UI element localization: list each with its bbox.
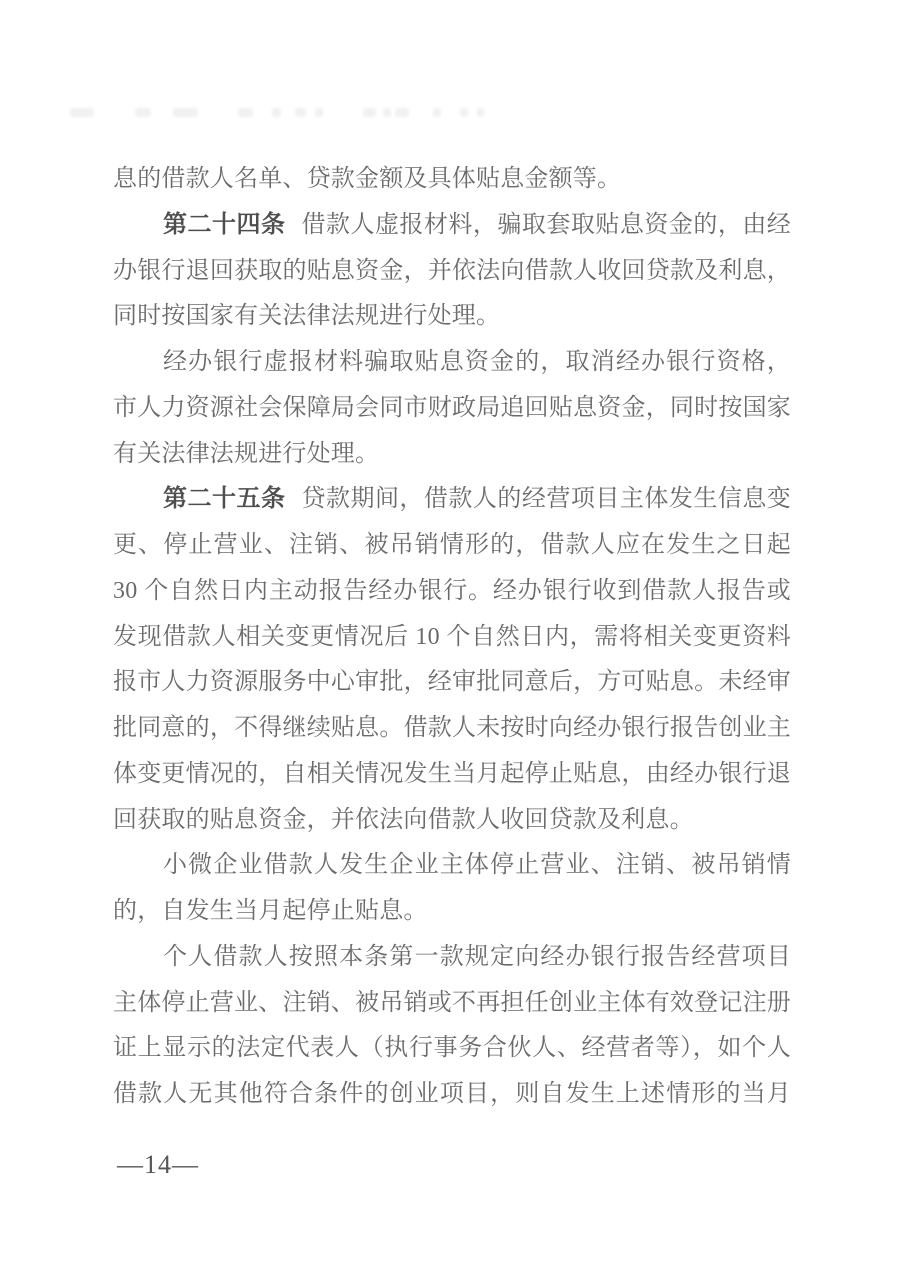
ghost-mark	[363, 108, 376, 117]
ghost-mark	[272, 108, 281, 117]
text-line-content: 有关法律法规进行处理。	[113, 441, 379, 467]
ghost-mark	[70, 108, 94, 117]
text-line-content: 同时按国家有关法律法规进行处理。	[113, 303, 500, 329]
text-line-content: 更、停止营业、注销、被吊销情形的，借款人应在发生之日起	[113, 532, 791, 558]
text-line: 小微企业借款人发生企业主体停止营业、注销、被吊销情形	[113, 843, 791, 889]
text-line-content: 发现借款人相关变更情况后 10 个自然日内，需将相关变更资料	[113, 624, 791, 650]
text-line: 回获取的贴息资金，并依法向借款人收回贷款及利息。	[113, 798, 791, 844]
ghost-mark	[295, 108, 306, 117]
page-number: —14—	[117, 1148, 199, 1182]
text-line: 第二十四条借款人虚报材料，骗取套取贴息资金的，由经	[113, 203, 791, 249]
ghost-mark	[433, 108, 441, 117]
text-line: 借款人无其他符合条件的创业项目，则自发生上述情形的当月	[113, 1072, 791, 1118]
ghost-mark	[477, 108, 484, 117]
ghost-mark	[395, 108, 409, 117]
text-line: 经办银行虚报材料骗取贴息资金的，取消经办银行资格，由	[113, 340, 791, 386]
ghost-mark	[173, 108, 198, 117]
text-line-content: 借款人无其他符合条件的创业项目，则自发生上述情形的当月	[113, 1081, 791, 1107]
text-line: 主体停止营业、注销、被吊销或不再担任创业主体有效登记注册	[113, 981, 791, 1027]
article-number: 第二十四条	[163, 212, 285, 238]
text-line-content: 贷款期间，借款人的经营项目主体发生信息变	[301, 486, 791, 512]
text-line-content: 借款人虚报材料，骗取套取贴息资金的，由经	[301, 212, 791, 238]
text-line: 办银行退回获取的贴息资金，并依法向借款人收回贷款及利息，	[113, 249, 791, 295]
text-line-content: 证上显示的法定代表人（执行事务合伙人、经营者等），如个人	[113, 1035, 791, 1061]
document-body: 息的借款人名单、贷款金额及具体贴息金额等。第二十四条借款人虚报材料，骗取套取贴息…	[113, 157, 791, 1118]
text-line-content: 体变更情况的，自相关情况发生当月起停止贴息，由经办银行退	[113, 761, 791, 787]
text-line: 有关法律法规进行处理。	[113, 432, 791, 478]
ghost-mark	[315, 108, 323, 117]
text-line: 报市人力资源服务中心审批，经审批同意后，方可贴息。未经审	[113, 660, 791, 706]
ghost-mark	[135, 108, 151, 117]
text-line: 30 个自然日内主动报告经办银行。经办银行收到借款人报告或	[113, 569, 791, 615]
text-line-content: 办银行退回获取的贴息资金，并依法向借款人收回贷款及利息，	[113, 258, 791, 284]
text-line: 同时按国家有关法律法规进行处理。	[113, 294, 791, 340]
text-line: 市人力资源社会保障局会同市财政局追回贴息资金，同时按国家	[113, 386, 791, 432]
text-line-content: 息的借款人名单、贷款金额及具体贴息金额等。	[113, 166, 621, 192]
text-line: 息的借款人名单、贷款金额及具体贴息金额等。	[113, 157, 791, 203]
text-line-content: 经办银行虚报材料骗取贴息资金的，取消经办银行资格，由	[113, 349, 791, 386]
text-line: 体变更情况的，自相关情况发生当月起停止贴息，由经办银行退	[113, 752, 791, 798]
text-line: 发现借款人相关变更情况后 10 个自然日内，需将相关变更资料	[113, 615, 791, 661]
text-line-content: 个人借款人按照本条第一款规定向经办银行报告经营项目	[163, 944, 791, 970]
text-line-content: 回获取的贴息资金，并依法向借款人收回贷款及利息。	[113, 807, 694, 833]
ghost-mark	[383, 108, 391, 117]
text-line-content: 主体停止营业、注销、被吊销或不再担任创业主体有效登记注册	[113, 990, 791, 1016]
scanned-document-page: 息的借款人名单、贷款金额及具体贴息金额等。第二十四条借款人虚报材料，骗取套取贴息…	[0, 0, 900, 1273]
text-line-content: 30 个自然日内主动报告经办银行。经办银行收到借款人报告或	[113, 578, 791, 604]
text-line: 第二十五条贷款期间，借款人的经营项目主体发生信息变	[113, 477, 791, 523]
text-line-content: 报市人力资源服务中心审批，经审批同意后，方可贴息。未经审	[113, 669, 791, 695]
text-line: 个人借款人按照本条第一款规定向经办银行报告经营项目	[113, 935, 791, 981]
text-line-content: 批同意的，不得继续贴息。借款人未按时向经办银行报告创业主	[113, 715, 791, 741]
text-line: 的，自发生当月起停止贴息。	[113, 889, 791, 935]
text-line: 证上显示的法定代表人（执行事务合伙人、经营者等），如个人	[113, 1026, 791, 1072]
text-line: 更、停止营业、注销、被吊销情形的，借款人应在发生之日起	[113, 523, 791, 569]
text-line-content: 市人力资源社会保障局会同市财政局追回贴息资金，同时按国家	[113, 395, 791, 421]
scan-ghost-artifacts	[0, 0, 900, 130]
ghost-mark	[460, 108, 468, 117]
text-line: 批同意的，不得继续贴息。借款人未按时向经办银行报告创业主	[113, 706, 791, 752]
text-line-content: 小微企业借款人发生企业主体停止营业、注销、被吊销情形	[113, 852, 791, 889]
article-number: 第二十五条	[163, 486, 285, 512]
text-line-content: 的，自发生当月起停止贴息。	[113, 898, 428, 924]
ghost-mark	[238, 108, 253, 117]
